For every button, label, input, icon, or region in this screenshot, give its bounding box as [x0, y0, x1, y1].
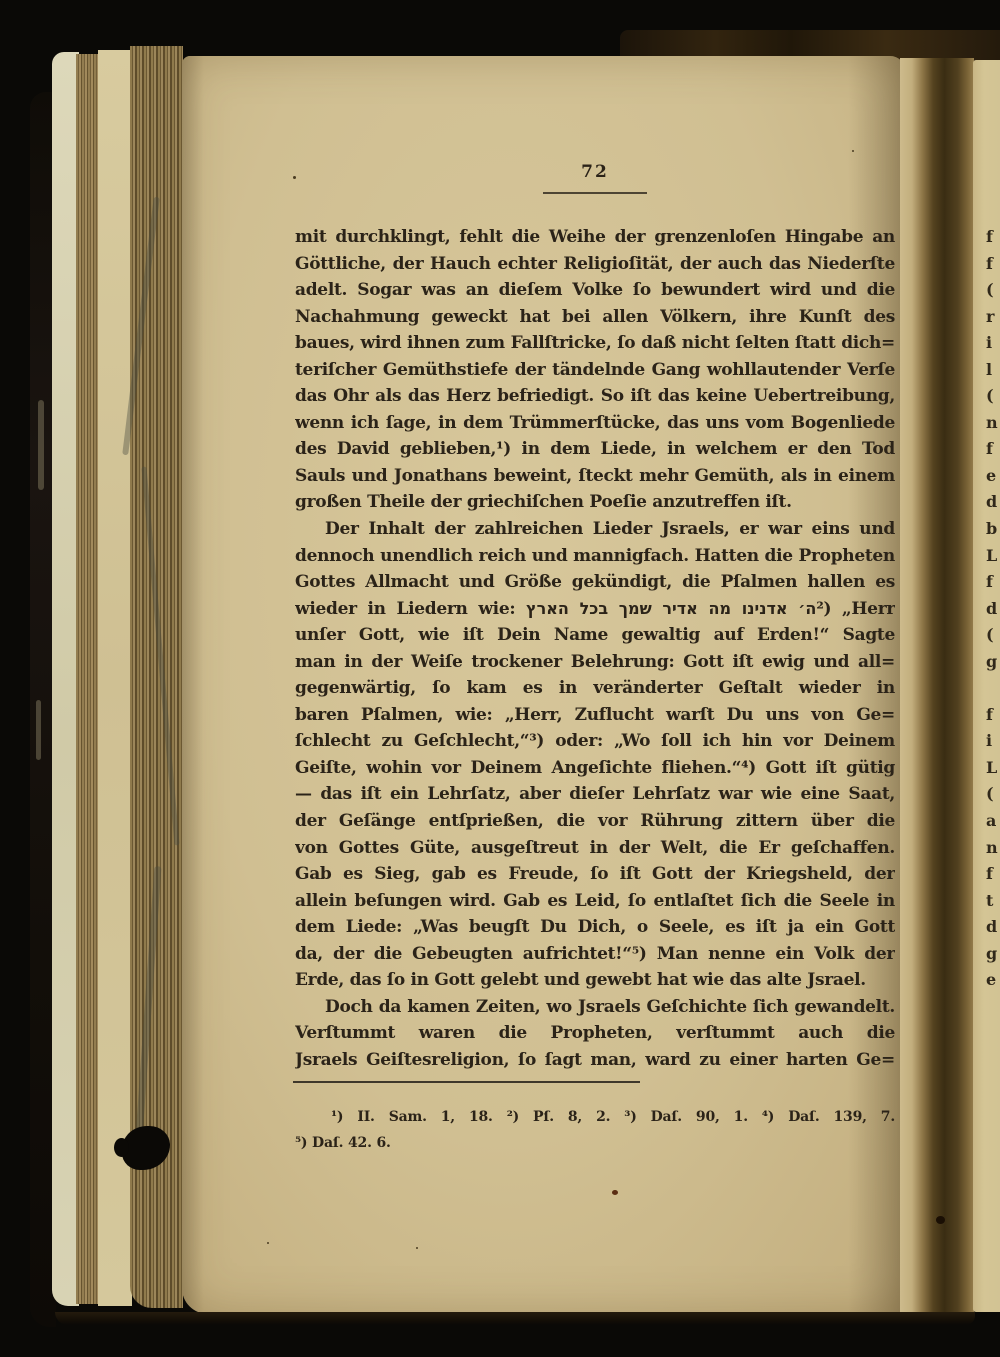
cut-letter: f [986, 224, 1000, 251]
book-page: 72 mit durchklingt, fehlt die Weihe der … [182, 56, 906, 1314]
text-line: das Ohr als das Herz befriedigt. So iſt … [295, 383, 895, 410]
cut-letter: L [986, 755, 1000, 782]
text-line: Jsraels Geiſtesreligion, ſo ſagt man, wa… [295, 1047, 895, 1074]
cut-letter: ( [986, 622, 1000, 649]
page-fore-edges-marbled [130, 46, 183, 1308]
cut-letter: ( [986, 383, 1000, 410]
text-line: wenn ich ſage, in dem Trümmerſtücke, das… [295, 410, 895, 437]
text-line: Geiſte, wohin vor Deinem Angeſichte flie… [295, 755, 895, 782]
footnote-line: ¹) II. Sam. 1, 18. ²) Pſ. 8, 2. ³) Daſ. … [295, 1104, 895, 1130]
text-line: der Geſänge entſprießen, die vor Rührung… [295, 808, 895, 835]
text-line: Sauls und Jonathans beweint, ſteckt mehr… [295, 463, 895, 490]
footnote-rule [293, 1081, 640, 1083]
text-line: Gottes Allmacht und Größe gekündigt, die… [295, 569, 895, 596]
bottom-page-edge [55, 1312, 975, 1325]
page-fore-edges-brown [76, 54, 100, 1304]
text-line: teriſcher Gemüthstiefe der tändelnde Gan… [295, 357, 895, 384]
paper-speck [267, 1242, 269, 1244]
cover-scuff-mark [38, 400, 44, 490]
text-line: von Gottes Güte, ausgeſtreut in der Welt… [295, 835, 895, 862]
gutter-shadow [900, 58, 974, 1312]
page-number: 72 [295, 162, 895, 182]
text-line: dennoch unendlich reich und mannigfach. … [295, 543, 895, 570]
text-line: gegenwärtig, ſo kam es in veränderter Ge… [295, 675, 895, 702]
page-fore-edges-cream [98, 50, 132, 1306]
text-line: dem Liede: „Was beugſt Du Dich, o Seele,… [295, 914, 895, 941]
cut-letter: f [986, 702, 1000, 729]
cut-letter [986, 1020, 1000, 1047]
body-text: mit durchklingt, fehlt die Weihe der gre… [295, 224, 895, 1074]
cut-letter: i [986, 728, 1000, 755]
footnotes: ¹) II. Sam. 1, 18. ²) Pſ. 8, 2. ³) Daſ. … [295, 1104, 895, 1156]
text-line: wieder in Liedern wie: ה׳ אדנינו מה אדיר… [295, 596, 895, 623]
cut-letter: f [986, 569, 1000, 596]
text-line: Verſtummt waren die Propheten, verſtummt… [295, 1020, 895, 1047]
text-line: des David geblieben,¹) in dem Liede, in … [295, 436, 895, 463]
cut-letter: e [986, 463, 1000, 490]
text-line: mit durchklingt, fehlt die Weihe der gre… [295, 224, 895, 251]
cut-letter: ( [986, 781, 1000, 808]
hebrew-quote: ה׳ אדנינו מה אדיר שמך בכל הארץ [526, 599, 816, 618]
text-line: man in der Weiſe trockener Belehrung: Go… [295, 649, 895, 676]
text-line: großen Theile der griechiſchen Poeſie an… [295, 489, 895, 516]
paper-speck [293, 176, 296, 179]
cut-letter: L [986, 543, 1000, 570]
cut-letter: f [986, 436, 1000, 463]
cut-letter: d [986, 914, 1000, 941]
cut-letter: ( [986, 277, 1000, 304]
text-line: Göttliche, der Hauch echter Religioſität… [295, 251, 895, 278]
text-line: baues, wird ihnen zum Fallſtricke, ſo da… [295, 330, 895, 357]
cut-letter: t [986, 888, 1000, 915]
text-line: Der Inhalt der zahlreichen Lieder Jsrael… [295, 516, 895, 543]
cut-letter: f [986, 861, 1000, 888]
cut-letter: i [986, 330, 1000, 357]
cut-text-fragments: ff(ril(nfedbLfd(gfiL(anftdge [986, 224, 1000, 1074]
text-line: da, der die Gebeugten aufrichtet!“⁵) Man… [295, 941, 895, 968]
cut-letter: l [986, 357, 1000, 384]
paper-speck [852, 150, 854, 152]
cut-letter: a [986, 808, 1000, 835]
text-line: Erde, das ſo in Gott gelebt und gewebt h… [295, 967, 895, 994]
gutter-speck [936, 1216, 945, 1224]
cut-letter: d [986, 489, 1000, 516]
facing-page-sliver: ff(ril(nfedbLfd(gfiL(anftdge [973, 60, 1000, 1312]
cut-letter: r [986, 304, 1000, 331]
ink-blot [114, 1138, 129, 1157]
text-line: ſchlecht zu Geſchlecht,“³) oder: „Wo ſol… [295, 728, 895, 755]
marble-streak [141, 467, 179, 846]
cut-letter [986, 1047, 1000, 1074]
text-line: Nachahmung geweckt hat bei allen Völkern… [295, 304, 895, 331]
scanned-book-page-photo: 72 mit durchklingt, fehlt die Weihe der … [0, 0, 1000, 1357]
text-line: adelt. Sogar was an dieſem Volke ſo bewu… [295, 277, 895, 304]
cover-scuff-mark [36, 700, 41, 760]
page-number-rule [543, 192, 647, 194]
cut-letter: n [986, 835, 1000, 862]
cut-letter: d [986, 596, 1000, 623]
cut-letter: g [986, 941, 1000, 968]
text-line: baren Pſalmen, wie: „Herr, Zuflucht warſ… [295, 702, 895, 729]
foxing-dot [612, 1190, 618, 1195]
cut-letter: b [986, 516, 1000, 543]
cut-letter: f [986, 251, 1000, 278]
cut-letter: n [986, 410, 1000, 437]
text-line: Doch da kamen Zeiten, wo Jsraels Geſchic… [295, 994, 895, 1021]
cut-letter: e [986, 967, 1000, 994]
footnote-line: ⁵) Daſ. 42. 6. [295, 1130, 895, 1156]
paper-speck [416, 1247, 418, 1249]
cut-letter [986, 994, 1000, 1021]
text-line: — das iſt ein Lehrſatz, aber dieſer Lehr… [295, 781, 895, 808]
page-fore-edges-light [52, 52, 79, 1306]
cut-letter [986, 675, 1000, 702]
cut-letter: g [986, 649, 1000, 676]
marble-streak [134, 866, 162, 1166]
text-line: allein beſungen wird. Gab es Leid, ſo en… [295, 888, 895, 915]
text-line: unſer Gott, wie iſt Dein Name gewaltig a… [295, 622, 895, 649]
text-line: Gab es Sieg, gab es Freude, ſo iſt Gott … [295, 861, 895, 888]
